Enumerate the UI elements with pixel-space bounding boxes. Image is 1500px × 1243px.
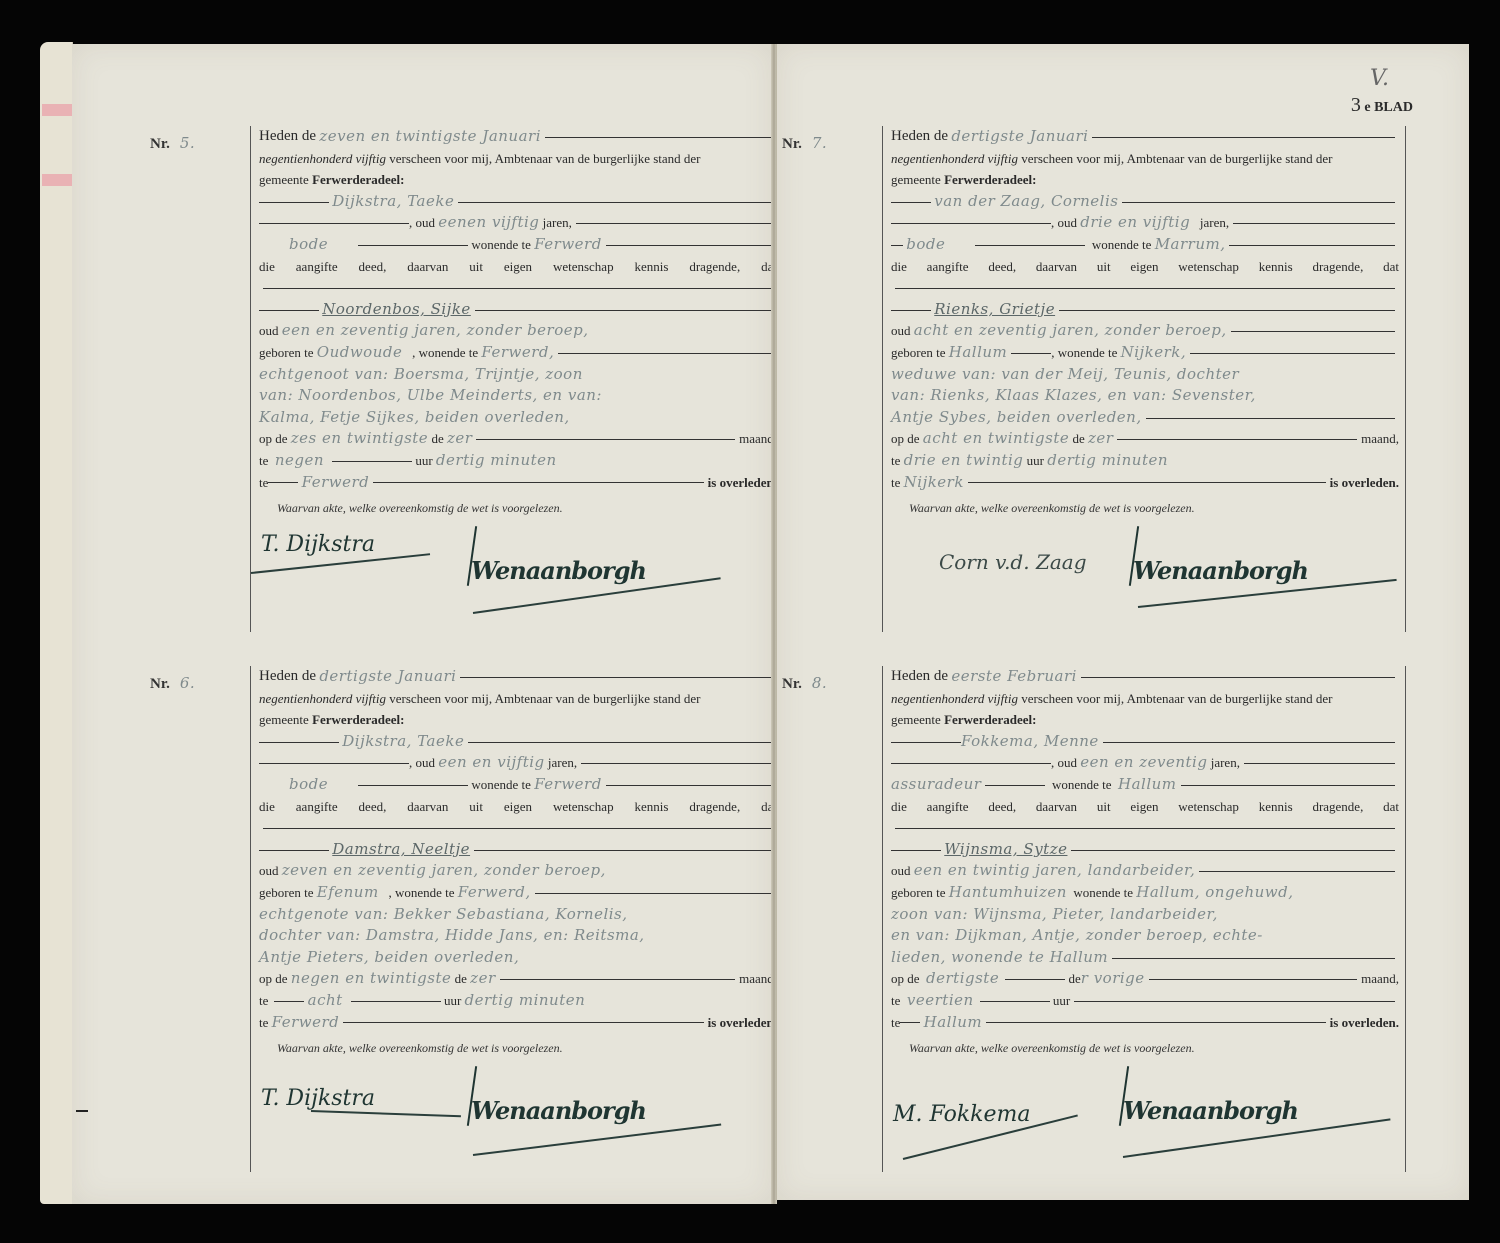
ruled-line <box>1059 309 1395 311</box>
entries-0-extra_lines-2-text: Kalma, Fetje Sijkes, beiden overleden, <box>259 408 570 426</box>
printed-aangifte-5-text: eigen <box>1130 256 1158 278</box>
printed-aangifte-7-text: kennis <box>1259 796 1293 818</box>
signatures: T. Dijkstra Wenaanborgh <box>251 522 783 632</box>
printed-verscheen-text: verscheen voor mij, Ambtenaar van de bur… <box>1021 151 1332 166</box>
ruled-line <box>1005 978 1065 980</box>
form-line: oud een en zeventig jaren, zonder beroep… <box>251 320 783 342</box>
ruled-line <box>576 222 773 224</box>
ruled-line <box>468 741 773 743</box>
entries-2-extra_lines-0-text: weduwe van: van der Meij, Teunis, dochte… <box>891 365 1239 383</box>
entries-3-death_hour-text: veertien <box>907 990 974 1012</box>
signature-official: Wenaanborgh <box>1133 556 1308 585</box>
ruled-line <box>895 287 1395 289</box>
form-line <box>251 277 783 299</box>
printed-te-text: te <box>891 450 900 472</box>
printed-op_de-text: op de <box>259 968 288 990</box>
printed-maand-text: maand, <box>1361 968 1399 990</box>
ruled-line <box>545 136 773 138</box>
form-line: geboren te Oudwoude , wonende te Ferwerd… <box>251 342 783 364</box>
ruled-line <box>358 244 468 246</box>
form-line: , oud eenen vijftig jaren, <box>251 212 783 234</box>
ruled-line <box>1199 870 1395 872</box>
signatures: Corn v.d. Zaag Wenaanborgh <box>883 522 1405 632</box>
signature-official: Wenaanborgh <box>1123 1096 1298 1125</box>
document-sheet_number-text: 3 <box>1351 94 1361 116</box>
printed-wonende_te-text: wonende te <box>471 234 531 256</box>
form-line: te Hallumis overleden. <box>883 1012 1405 1034</box>
form-line: op de dertigste der vorigemaand, <box>883 968 1405 990</box>
ruled-line <box>1071 849 1395 851</box>
printed-is_overleden-text: is overleden. <box>708 472 777 494</box>
sheet-label: 3 e BLAD <box>1351 94 1413 117</box>
form-line: Dijkstra, Taeke <box>251 191 783 213</box>
entries-3-deceased_details-text: een en twintig jaren, landarbeider, <box>914 860 1196 882</box>
printed-heden_de-text: Heden de <box>891 666 948 688</box>
printed-aangifte-1-text: aangifte <box>927 796 969 818</box>
entries-1-deceased_details-text: zeven en zeventig jaren, zonder beroep, <box>282 861 606 879</box>
form-line: geboren te Efenum , wonende te Ferwerd, <box>251 882 783 904</box>
printed-aangifte-9-text: dat <box>1383 796 1399 818</box>
record-frame: Heden de zeven en twintigste Januari neg… <box>250 126 784 632</box>
form-line: te veertien uur <box>883 990 1405 1012</box>
ruled-line <box>891 762 1051 764</box>
printed-te-text: te <box>891 472 900 494</box>
declarant-residence: Hallum <box>1118 774 1177 796</box>
declarant-name: van der Zaag, Cornelis <box>934 191 1118 213</box>
form-line: Heden de dertigste Januari <box>883 126 1405 148</box>
declarant-age: eenen vijftig <box>438 212 539 234</box>
entries-3-death_day-text: dertigste <box>926 968 999 990</box>
signatures: M. Fokkema Wenaanborgh <box>883 1062 1405 1172</box>
ruled-line <box>891 741 961 743</box>
ruled-line <box>986 1021 1326 1023</box>
entries-2-death_month-text: zer <box>1088 428 1113 450</box>
record-number: Nr.7. <box>782 134 827 153</box>
ruled-line <box>458 201 773 203</box>
entries-1-extra_lines-0-text: echtgenote van: Bekker Sebastiana, Korne… <box>259 905 628 923</box>
printed-nr-text: Nr. <box>782 676 802 692</box>
ruled-line <box>891 309 931 311</box>
ruled-line <box>263 287 773 289</box>
record-frame: Heden de dertigste Januari negentienhond… <box>882 126 1406 632</box>
printed-aangifte-4-text: uit <box>1097 796 1111 818</box>
printed-te-text: te <box>891 1012 900 1034</box>
deceased-name: Rienks, Grietje <box>934 299 1055 321</box>
form-line: dieaangiftedeed,daarvanuiteigenwetenscha… <box>883 796 1405 818</box>
declarant-age: een en zeventig <box>1080 752 1207 774</box>
ruled-line <box>343 1021 703 1023</box>
form-line: oud zeven en zeventig jaren, zonder bero… <box>251 860 783 882</box>
form-line: negentienhonderd vijftig verscheen voor … <box>251 148 783 170</box>
printed-aangifte-8-text: dragende, <box>689 796 740 818</box>
form-line <box>251 817 783 839</box>
printed-aangifte-3-text: daarvan <box>1036 796 1077 818</box>
printed-aangifte-3-text: daarvan <box>407 796 448 818</box>
printed-gemeente-text: gemeente <box>891 172 941 187</box>
printed-nr-text: Nr. <box>150 136 170 152</box>
printed-gemeente_name-text: Ferwerderadeel: <box>312 172 404 187</box>
ruled-line <box>980 1000 1050 1002</box>
printed-te-text: te <box>259 450 268 472</box>
printed-aangifte-1-text: aangifte <box>296 256 338 278</box>
printed-aangifte-3-text: daarvan <box>407 256 448 278</box>
form-line: Heden de eerste Februari <box>883 666 1405 688</box>
entries-0-residence-text: Ferwerd, <box>481 342 554 364</box>
printed-aangifte-1-text: aangifte <box>927 256 969 278</box>
printed-de-text: de <box>1073 428 1085 450</box>
entries-3-death_month-text: r vorige <box>1081 968 1145 990</box>
document-sheet_label-text: e BLAD <box>1364 100 1413 115</box>
form-line: bode wonende te Ferwerd <box>251 774 783 796</box>
printed-waarvan-text: Waarvan akte, welke overeenkomstig de we… <box>883 1041 1405 1056</box>
ruled-line <box>1149 978 1357 980</box>
declarant-age: drie en vijftig <box>1080 212 1190 234</box>
form-line: dieaangiftedeed,daarvanuiteigenwetenscha… <box>251 796 783 818</box>
printed-jaren-text: jaren, <box>548 752 577 774</box>
form-line: Damstra, Neeltje <box>251 839 783 861</box>
record-number: Nr.8. <box>782 674 827 693</box>
ruled-line <box>1011 352 1051 354</box>
printed-maand-text: maand, <box>1361 428 1399 450</box>
record-number: Nr.6. <box>150 674 195 693</box>
death-place: Hallum <box>924 1012 983 1034</box>
record-date: dertigste Januari <box>319 666 456 688</box>
ruled-line <box>1112 957 1395 959</box>
printed-aangifte-1-text: aangifte <box>296 796 338 818</box>
deceased-name: Damstra, Neeltje <box>332 839 470 861</box>
ruled-line <box>1181 784 1395 786</box>
signature-declarant: Corn v.d. Zaag <box>939 550 1087 574</box>
form-line: te acht uur dertig minuten <box>251 990 783 1012</box>
entries-3-nr-text: 8. <box>812 674 827 692</box>
birthplace: Hantumhuizen <box>949 882 1067 904</box>
printed-aangifte-5-text: eigen <box>504 256 532 278</box>
printed-year_line-text: negentienhonderd vijftig <box>259 691 386 706</box>
form-line: lieden, wonende te Hallum <box>883 947 1405 969</box>
form-line: te negen uur dertig minuten <box>251 450 783 472</box>
form-line: bode wonende te Marrum, <box>883 234 1405 256</box>
printed-aangifte-8-text: dragende, <box>1312 256 1363 278</box>
printed-wonende_te-text: wonende te <box>1073 882 1133 904</box>
ruled-line <box>268 481 298 483</box>
printed-oud_prefix-text: oud <box>259 323 279 338</box>
form-line: dieaangiftedeed,daarvanuiteigenwetenscha… <box>251 256 783 278</box>
printed-heden_de-text: Heden de <box>259 666 316 688</box>
entries-2-extra_lines-1-text: van: Rienks, Klaas Klazes, en van: Seven… <box>891 386 1256 404</box>
printed-aangifte-0-text: die <box>259 796 275 818</box>
entries-1-death_day-text: negen en twintigste <box>291 968 452 990</box>
entries-3-residence-text: Hallum, ongehuwd, <box>1136 882 1293 904</box>
form-line: te Nijkerkis overleden. <box>883 472 1405 494</box>
signature-declarant: T. Dijkstra <box>261 1086 375 1111</box>
printed-is_overleden-text: is overleden. <box>708 1012 777 1034</box>
printed-aangifte-0-text: die <box>891 256 907 278</box>
form-line <box>883 817 1405 839</box>
form-line: negentienhonderd vijftig verscheen voor … <box>883 148 1405 170</box>
printed-aangifte-2-text: deed, <box>359 796 387 818</box>
entries-0-nr-text: 5. <box>180 134 195 152</box>
printed-wonende_te_comma-text: , wonende te <box>1051 342 1117 364</box>
ruled-line <box>606 244 773 246</box>
ruled-line <box>311 1110 461 1117</box>
ruled-line <box>975 244 1085 246</box>
ruled-line <box>476 438 735 440</box>
printed-geboren_te-text: geboren te <box>891 882 946 904</box>
declarant-name: Fokkema, Menne <box>961 731 1099 753</box>
form-line: geboren te Hantumhuizen wonende te Hallu… <box>883 882 1405 904</box>
printed-oud-text: , oud <box>1051 212 1077 234</box>
printed-oud_prefix-text: oud <box>259 863 279 878</box>
printed-uur-text: uur <box>415 450 432 472</box>
printed-de-text: de <box>1068 968 1080 990</box>
ruled-line <box>351 1000 441 1002</box>
ruled-line <box>895 827 1395 829</box>
printed-te-text: te <box>891 990 900 1012</box>
printed-oud_prefix-text: oud <box>891 320 911 342</box>
printed-uur-text: uur <box>1053 990 1070 1012</box>
ruled-line <box>891 244 903 246</box>
form-line: en van: Dijkman, Antje, zonder beroep, e… <box>883 925 1405 947</box>
printed-aangifte-7-text: kennis <box>634 256 668 278</box>
left-page: Nr.5. Heden de zeven en twintigste Janua… <box>72 44 773 1204</box>
entries-3-extra_lines-0-text: zoon van: Wijnsma, Pieter, landarbeider, <box>891 905 1218 923</box>
signature-official: Wenaanborgh <box>471 1096 646 1125</box>
form-line: Wijnsma, Sytze <box>883 839 1405 861</box>
form-line: Antje Sybes, beiden overleden, <box>883 407 1405 429</box>
deceased-name: Noordenbos, Sijke <box>322 299 471 321</box>
form-line: weduwe van: van der Meij, Teunis, dochte… <box>883 364 1405 386</box>
form-line: , oud drie en vijftig jaren, <box>883 212 1405 234</box>
ruled-line <box>274 1000 304 1002</box>
printed-wonende_te_comma-text: , wonende te <box>388 882 454 904</box>
signature-declarant: T. Dijkstra <box>261 532 375 557</box>
entries-3-extra_lines-2-text: lieden, wonende te Hallum <box>891 947 1108 969</box>
declarant-residence: Marrum, <box>1155 234 1226 256</box>
entries-2-deceased_details-text: acht en zeventig jaren, zonder beroep, <box>914 320 1227 342</box>
form-line: van: Noordenbos, Ulbe Meinderts, en van: <box>251 385 783 407</box>
index-tab-marker <box>42 104 72 116</box>
death-place: Ferwerd <box>272 1012 340 1034</box>
form-line: , oud een en zeventig jaren, <box>883 752 1405 774</box>
ruled-line <box>473 1124 721 1156</box>
signature-declarant: M. Fokkema <box>893 1102 1030 1127</box>
declarant-occupation: bode <box>906 234 945 256</box>
printed-gemeente-text: gemeente <box>259 172 309 187</box>
printed-wonende_te-text: wonende te <box>471 774 531 796</box>
right-page: V. 3 e BLAD Nr.7. Heden de dertigste Jan… <box>776 44 1469 1200</box>
form-line: assuradeur wonende te Hallum <box>883 774 1405 796</box>
declarant-name: Dijkstra, Taeke <box>342 731 464 753</box>
printed-heden_de-text: Heden de <box>891 126 948 148</box>
declarant-age: een en vijftig <box>438 752 544 774</box>
printed-aangifte-6-text: wetenschap <box>1178 256 1239 278</box>
ruled-line <box>968 481 1326 483</box>
form-line: geboren te Hallum, wonende te Nijkerk, <box>883 342 1405 364</box>
entries-2-residence-text: Nijkerk, <box>1121 342 1187 364</box>
form-line: op de negen en twintigste de zermaand, <box>251 968 783 990</box>
ruled-line <box>891 201 931 203</box>
printed-gemeente-text: gemeente <box>259 712 309 727</box>
entries-2-extra_lines-2-text: Antje Sybes, beiden overleden, <box>891 407 1142 429</box>
entries-1-death_month-text: zer <box>470 968 495 990</box>
printed-jaren-text: jaren, <box>1200 212 1229 234</box>
printed-aangifte-7-text: kennis <box>634 796 668 818</box>
ruled-line <box>900 1021 920 1023</box>
printed-aangifte-8-text: dragende, <box>1312 796 1363 818</box>
printed-aangifte-2-text: deed, <box>359 256 387 278</box>
printed-geboren_te-text: geboren te <box>259 882 314 904</box>
declarant-name: Dijkstra, Taeke <box>332 191 454 213</box>
entries-0-extra_lines-0-text: echtgenoot van: Boersma, Trijntje, zoon <box>259 365 583 383</box>
printed-wonende_te-text: wonende te <box>1092 234 1152 256</box>
printed-uur-text: uur <box>444 990 461 1012</box>
form-line: negentienhonderd vijftig verscheen voor … <box>883 688 1405 710</box>
record-frame: Heden de dertigste Januari negentienhond… <box>250 666 784 1172</box>
sheet-roman-marker: V. <box>1370 66 1389 91</box>
printed-heden_de-text: Heden de <box>259 126 316 148</box>
printed-aangifte-6-text: wetenschap <box>553 256 614 278</box>
declarant-residence: Ferwerd <box>534 234 602 256</box>
ruled-line <box>891 222 1051 224</box>
death-place: Ferwerd <box>302 472 370 494</box>
form-line: op de zes en twintigste de zermaand, <box>251 428 783 450</box>
printed-op_de-text: op de <box>891 428 920 450</box>
printed-aangifte-2-text: deed, <box>988 796 1016 818</box>
form-line: te Ferwerdis overleden. <box>251 1012 783 1034</box>
printed-gemeente_name-text: Ferwerderadeel: <box>944 712 1036 727</box>
birthplace: Efenum <box>317 882 379 904</box>
ruled-line <box>373 481 703 483</box>
record-number: Nr.5. <box>150 134 195 153</box>
entries-1-extra_lines-1-text: dochter van: Damstra, Hidde Jans, en: Re… <box>259 926 645 944</box>
ruled-line <box>1117 438 1357 440</box>
entries-2-nr-text: 7. <box>812 134 827 152</box>
printed-geboren_te-text: geboren te <box>891 342 946 364</box>
printed-aangifte-4-text: uit <box>469 256 483 278</box>
form-line: echtgenoot van: Boersma, Trijntje, zoon <box>251 364 783 386</box>
entries-0-death_month-text: zer <box>447 428 472 450</box>
ruled-line <box>475 309 773 311</box>
ruled-line <box>1231 330 1395 332</box>
form-line: bode wonende te Ferwerd <box>251 234 783 256</box>
entries-2-death_minutes-text: dertig minuten <box>1047 450 1168 472</box>
form-line: te drie en twintig uur dertig minuten <box>883 450 1405 472</box>
ruled-line <box>259 741 339 743</box>
printed-oud-text: , oud <box>409 212 435 234</box>
entries-1-nr-text: 6. <box>180 674 195 692</box>
ruled-line <box>1190 352 1395 354</box>
printed-is_overleden-text: is overleden. <box>1330 472 1399 494</box>
ruled-line <box>1244 762 1395 764</box>
printed-aangifte-6-text: wetenschap <box>553 796 614 818</box>
ruled-line <box>1229 244 1395 246</box>
entries-1-death_minutes-text: dertig minuten <box>465 990 586 1012</box>
birthplace: Hallum <box>949 342 1008 364</box>
printed-year_line-text: negentienhonderd vijftig <box>891 151 1018 166</box>
form-line: Kalma, Fetje Sijkes, beiden overleden, <box>251 407 783 429</box>
printed-waarvan-text: Waarvan akte, welke overeenkomstig de we… <box>251 501 783 516</box>
printed-verscheen-text: verscheen voor mij, Ambtenaar van de bur… <box>389 151 700 166</box>
open-register-book: Nr.5. Heden de zeven en twintigste Janua… <box>40 38 1468 1208</box>
printed-gemeente_name-text: Ferwerderadeel: <box>312 712 404 727</box>
form-line: Heden de dertigste Januari <box>251 666 783 688</box>
ruled-line <box>558 352 773 354</box>
entries-0-extra_lines-1-text: van: Noordenbos, Ulbe Meinderts, en van: <box>259 386 602 404</box>
printed-aangifte-5-text: eigen <box>1130 796 1158 818</box>
ruled-line <box>1081 676 1395 678</box>
form-line: oud acht en zeventig jaren, zonder beroe… <box>883 320 1405 342</box>
record-date: dertigste Januari <box>951 126 1088 148</box>
signatures: T. Dijkstra Wenaanborgh <box>251 1062 783 1172</box>
form-line: echtgenote van: Bekker Sebastiana, Korne… <box>251 904 783 926</box>
ruled-line <box>1074 1000 1395 1002</box>
printed-wonende_te_comma-text: , wonende te <box>412 342 478 364</box>
entries-1-residence-text: Ferwerd, <box>458 882 531 904</box>
printed-is_overleden-text: is overleden. <box>1330 1012 1399 1034</box>
entries-0-deceased_details-text: een en zeventig jaren, zonder beroep, <box>282 321 589 339</box>
ruled-line <box>259 309 319 311</box>
form-line: van der Zaag, Cornelis <box>883 191 1405 213</box>
ruled-line <box>500 978 735 980</box>
death-place: Nijkerk <box>904 472 964 494</box>
declarant-occupation: bode <box>289 774 328 796</box>
form-line <box>883 277 1405 299</box>
form-line: Dijkstra, Taeke <box>251 731 783 753</box>
form-line: op de acht en twintigste de zermaand, <box>883 428 1405 450</box>
ruled-line <box>259 222 409 224</box>
printed-op_de-text: op de <box>891 968 920 990</box>
printed-aangifte-5-text: eigen <box>504 796 532 818</box>
entries-1-death_hour-text: acht <box>308 990 343 1012</box>
margin-mark <box>76 1110 88 1112</box>
printed-te-text: te <box>259 990 268 1012</box>
declarant-occupation: bode <box>289 234 328 256</box>
printed-op_de-text: op de <box>259 428 288 450</box>
entries-0-death_minutes-text: dertig minuten <box>436 450 557 472</box>
ruled-line <box>259 849 329 851</box>
printed-verscheen-text: verscheen voor mij, Ambtenaar van de bur… <box>1021 691 1332 706</box>
printed-year_line-text: negentienhonderd vijftig <box>891 691 1018 706</box>
printed-waarvan-text: Waarvan akte, welke overeenkomstig de we… <box>883 501 1405 516</box>
ruled-line <box>1122 201 1395 203</box>
record-date: eerste Februari <box>951 666 1077 688</box>
ruled-line <box>460 676 773 678</box>
form-line: zoon van: Wijnsma, Pieter, landarbeider, <box>883 904 1405 926</box>
declarant-residence: Ferwerd <box>534 774 602 796</box>
form-line: , oud een en vijftig jaren, <box>251 752 783 774</box>
entries-2-death_day-text: acht en twintigste <box>923 428 1069 450</box>
printed-jaren-text: jaren, <box>1211 752 1240 774</box>
ruled-line <box>358 784 468 786</box>
form-line: te Ferwerdis overleden. <box>251 472 783 494</box>
printed-de-text: de <box>431 428 443 450</box>
form-line: dochter van: Damstra, Hidde Jans, en: Re… <box>251 925 783 947</box>
printed-gemeente-text: gemeente <box>891 712 941 727</box>
ruled-line <box>606 784 773 786</box>
ruled-line <box>985 784 1045 786</box>
ruled-line <box>891 849 941 851</box>
printed-aangifte-3-text: daarvan <box>1036 256 1077 278</box>
printed-aangifte-2-text: deed, <box>988 256 1016 278</box>
printed-oud-text: , oud <box>1051 752 1077 774</box>
printed-aangifte-7-text: kennis <box>1259 256 1293 278</box>
printed-geboren_te-text: geboren te <box>259 342 314 364</box>
ruled-line <box>581 762 773 764</box>
printed-te-text: te <box>259 472 268 494</box>
signature-official: Wenaanborgh <box>471 556 646 585</box>
entries-1-extra_lines-2-text: Antje Pieters, beiden overleden, <box>259 948 519 966</box>
printed-te-text: te <box>259 1012 268 1034</box>
